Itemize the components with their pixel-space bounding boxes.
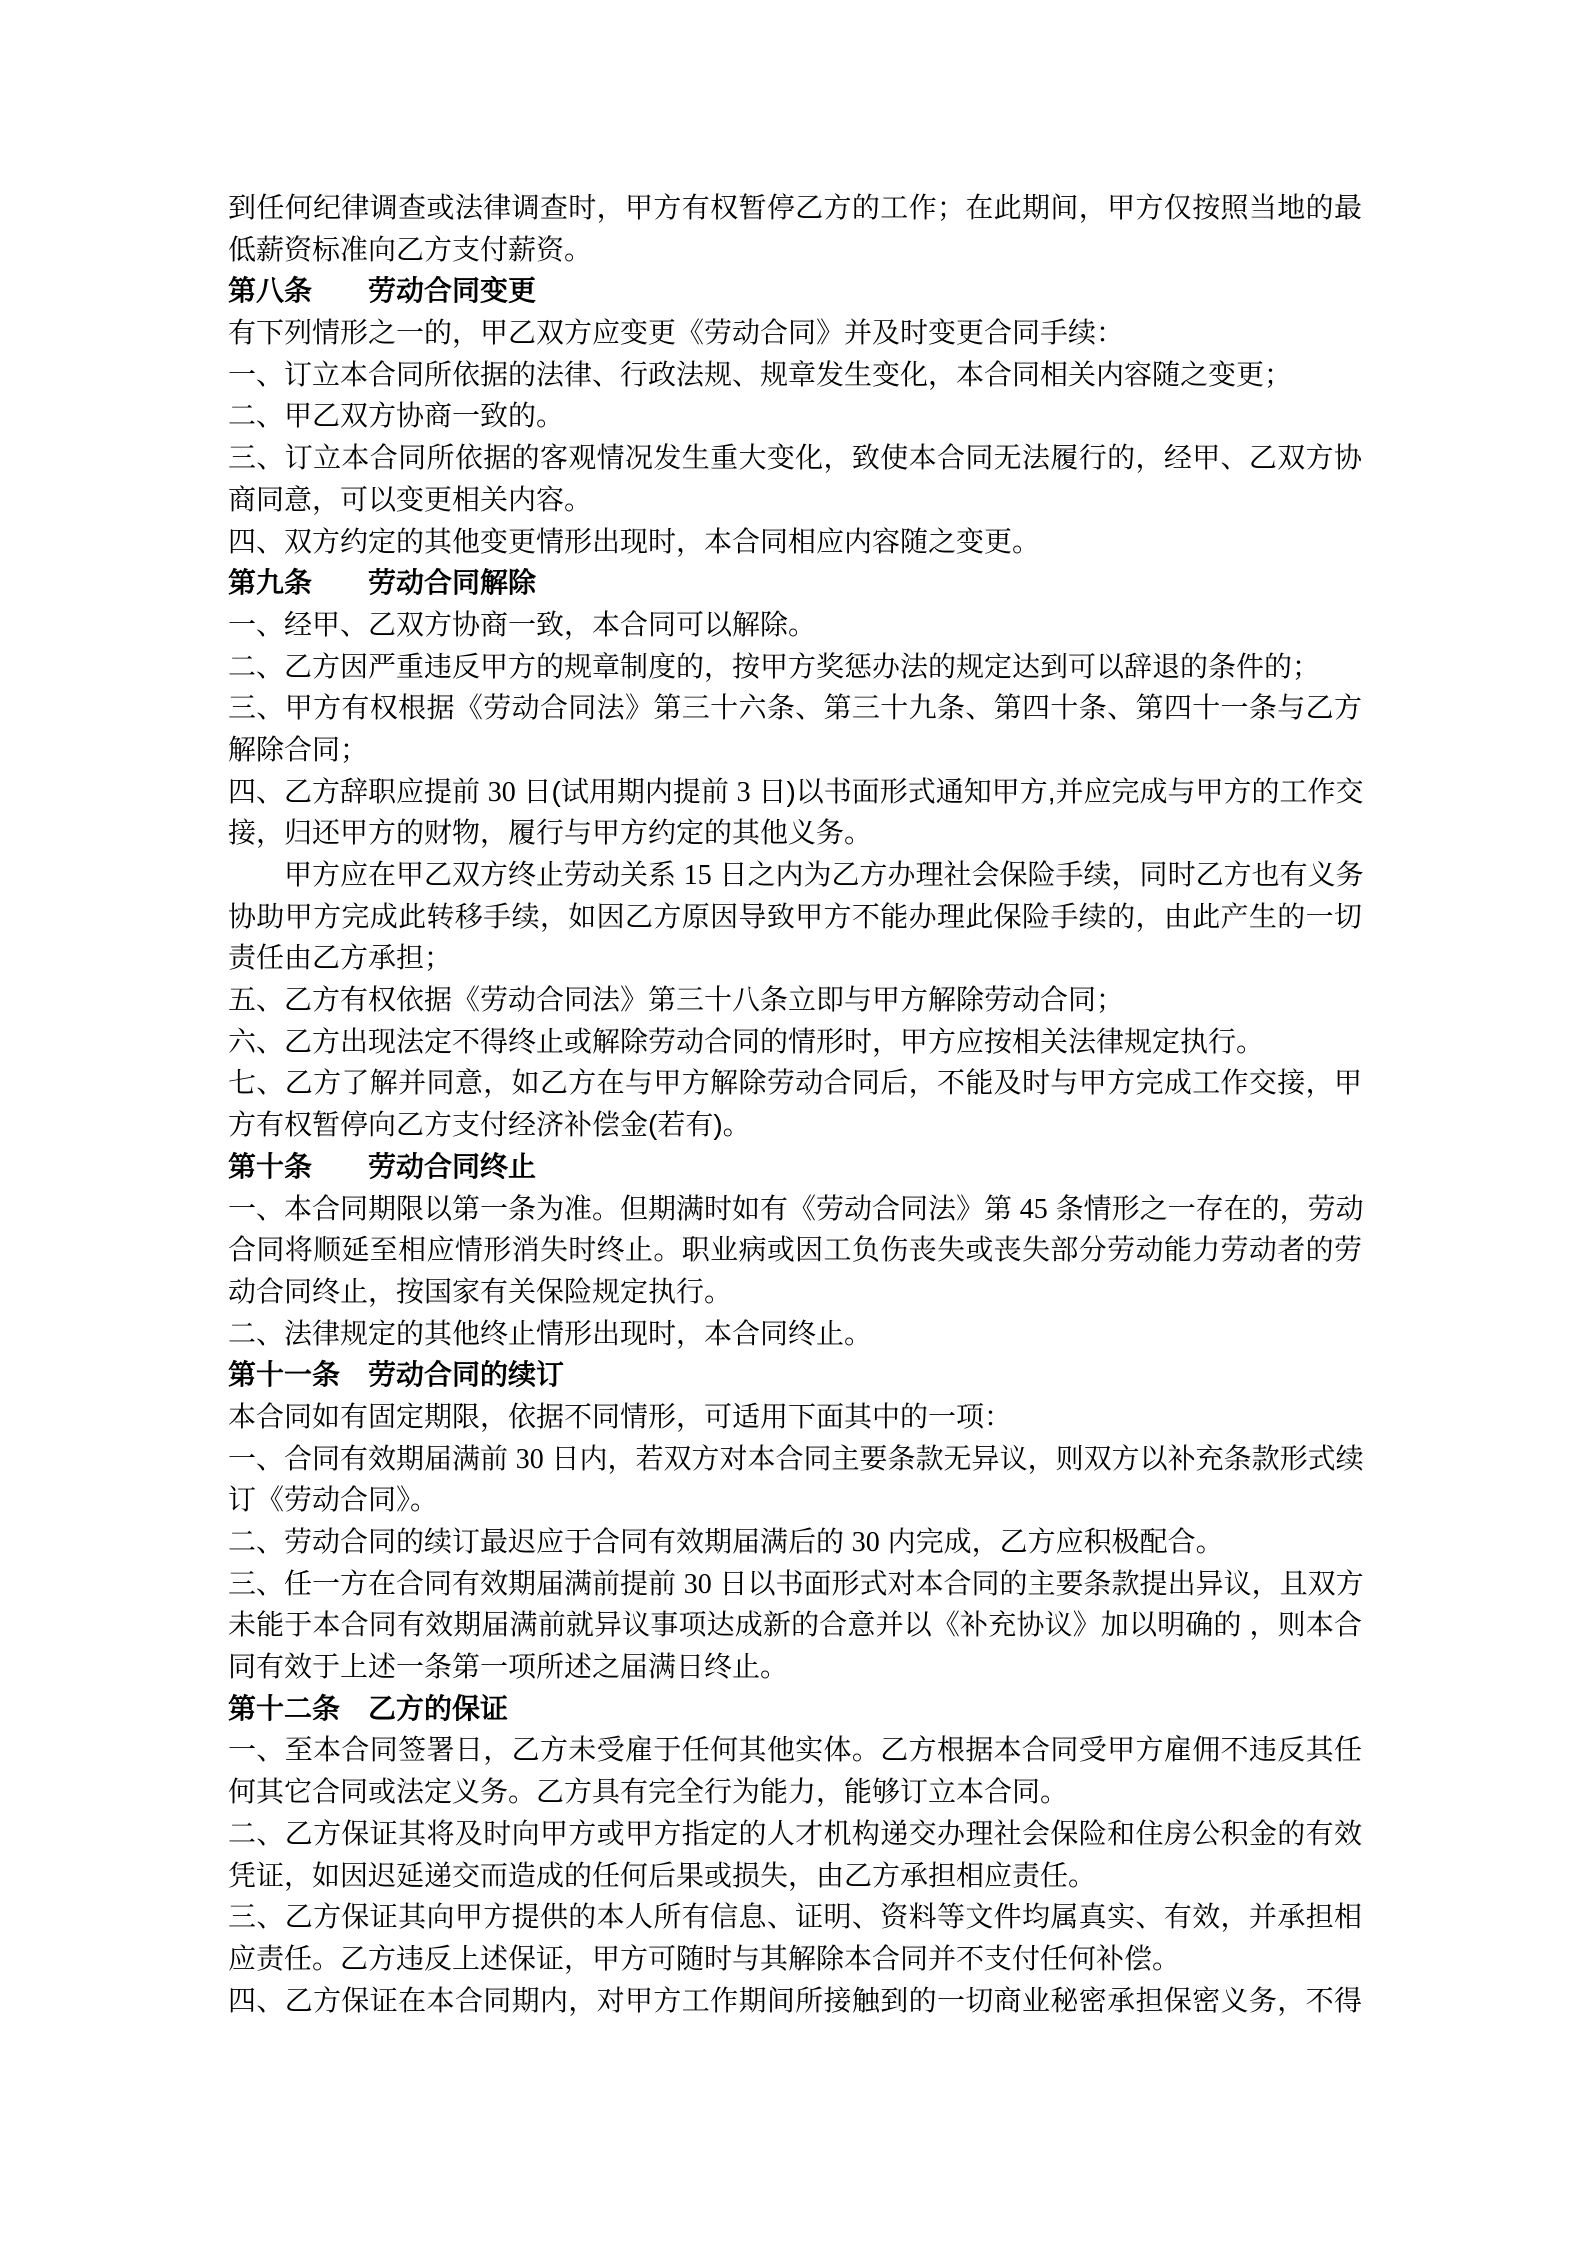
document-line: 二、法律规定的其他终止情形出现时，本合同终止。 [228,1313,1362,1355]
document-content: 到任何纪律调查或法律调查时，甲方有权暂停乙方的工作；在此期间，甲方仅按照当地的最… [228,187,1362,2021]
section-heading: 第九条劳动合同解除 [228,562,1362,604]
section-heading: 第十条劳动合同终止 [228,1146,1362,1188]
document-line: 一、本合同期限以第一条为准。但期满时如有《劳动合同法》第 45 条情形之一存在的… [228,1188,1362,1230]
document-line: 三、订立本合同所依据的客观情况发生重大变化，致使本合同无法履行的，经甲、乙双方协 [228,437,1362,479]
document-line: 三、任一方在合同有效期届满前提前 30 日以书面形式对本合同的主要条款提出异议，… [228,1563,1362,1605]
document-line: 一、经甲、乙双方协商一致，本合同可以解除。 [228,604,1362,646]
document-line: 商同意，可以变更相关内容。 [228,479,1362,521]
document-line: 三、乙方保证其向甲方提供的本人所有信息、证明、资料等文件均属真实、有效，并承担相 [228,1896,1362,1938]
document-line: 同有效于上述一条第一项所述之届满日终止。 [228,1646,1362,1688]
numeric-text: 3 [737,777,751,808]
document-line: 四、双方约定的其他变更情形出现时，本合同相应内容随之变更。 [228,521,1362,563]
numeric-text: 15 [684,860,712,891]
document-line: 动合同终止，按国家有关保险规定执行。 [228,1271,1362,1313]
document-line: 合同将顺延至相应情形消失时终止。职业病或因工负伤丧失或丧失部分劳动能力劳动者的劳 [228,1229,1362,1271]
section-number: 第十一条 [228,1354,368,1396]
document-line: 方有权暂停向乙方支付经济补偿金(若有)。 [228,1104,1362,1146]
document-line: 二、乙方因严重违反甲方的规章制度的，按甲方奖惩办法的规定达到可以辞退的条件的； [228,646,1362,688]
document-line: 应责任。乙方违反上述保证，甲方可随时与其解除本合同并不支付任何补偿。 [228,1938,1362,1980]
section-title: 乙方的保证 [368,1693,508,1724]
document-line: 二、甲乙双方协商一致的。 [228,395,1362,437]
document-line: 六、乙方出现法定不得终止或解除劳动合同的情形时，甲方应按相关法律规定执行。 [228,1021,1362,1063]
contract-page: 到任何纪律调查或法律调查时，甲方有权暂停乙方的工作；在此期间，甲方仅按照当地的最… [0,0,1587,2245]
section-title: 劳动合同变更 [368,275,536,306]
section-heading: 第十二条乙方的保证 [228,1688,1362,1730]
document-line: 一、至本合同签署日，乙方未受雇于任何其他实体。乙方根据本合同受甲方雇佣不违反其任 [228,1729,1362,1771]
section-number: 第十二条 [228,1688,368,1730]
document-line: 订《劳动合同》。 [228,1479,1362,1521]
section-number: 第八条 [228,270,368,312]
document-line: 何其它合同或法定义务。乙方具有完全行为能力，能够订立本合同。 [228,1771,1362,1813]
section-title: 劳动合同解除 [368,567,536,598]
document-line: 低薪资标准向乙方支付薪资。 [228,229,1362,271]
document-line: 二、乙方保证其将及时向甲方或甲方指定的人才机构递交办理社会保险和住房公积金的有效 [228,1813,1362,1855]
numeric-text: 45 [1020,1194,1048,1225]
document-line: 未能于本合同有效期届满前就异议事项达成新的合意并以《补充协议》加以明确的 ，则本… [228,1604,1362,1646]
document-line: 三、甲方有权根据《劳动合同法》第三十六条、第三十九条、第四十条、第四十一条与乙方 [228,687,1362,729]
section-heading: 第八条劳动合同变更 [228,270,1362,312]
numeric-text: 30 [684,1569,712,1600]
document-line: 一、合同有效期届满前 30 日内，若双方对本合同主要条款无异议，则双方以补充条款… [228,1438,1362,1480]
document-line: 到任何纪律调查或法律调查时，甲方有权暂停乙方的工作；在此期间，甲方仅按照当地的最 [228,187,1362,229]
document-line: 甲方应在甲乙双方终止劳动关系 15 日之内为乙方办理社会保险手续，同时乙方也有义… [228,854,1362,896]
document-line: 一、订立本合同所依据的法律、行政法规、规章发生变化，本合同相关内容随之变更； [228,354,1362,396]
document-line: 协助甲方完成此转移手续，如因乙方原因导致甲方不能办理此保险手续的，由此产生的一切 [228,896,1362,938]
section-title: 劳动合同的续订 [368,1359,564,1390]
document-line: 责任由乙方承担； [228,937,1362,979]
section-heading: 第十一条劳动合同的续订 [228,1354,1362,1396]
numeric-text: 30 [488,777,516,808]
document-line: 凭证，如因迟延递交而造成的任何后果或损失，由乙方承担相应责任。 [228,1855,1362,1897]
document-line: 有下列情形之一的，甲乙双方应变更《劳动合同》并及时变更合同手续： [228,312,1362,354]
section-number: 第九条 [228,562,368,604]
document-line: 五、乙方有权依据《劳动合同法》第三十八条立即与甲方解除劳动合同； [228,979,1362,1021]
section-title: 劳动合同终止 [368,1151,536,1182]
document-line: 四、乙方保证在本合同期内，对甲方工作期间所接触到的一切商业秘密承担保密义务，不得 [228,1980,1362,2022]
document-line: 本合同如有固定期限，依据不同情形，可适用下面其中的一项： [228,1396,1362,1438]
document-line: 解除合同； [228,729,1362,771]
document-line: 二、劳动合同的续订最迟应于合同有效期届满后的 30 内完成，乙方应积极配合。 [228,1521,1362,1563]
numeric-text: 30 [516,1444,544,1475]
document-line: 接，归还甲方的财物，履行与甲方约定的其他义务。 [228,812,1362,854]
document-line: 四、乙方辞职应提前 30 日(试用期内提前 3 日)以书面形式通知甲方,并应完成… [228,771,1362,813]
numeric-text: 30 [852,1527,880,1558]
section-number: 第十条 [228,1146,368,1188]
document-line: 七、乙方了解并同意，如乙方在与甲方解除劳动合同后，不能及时与甲方完成工作交接，甲 [228,1062,1362,1104]
